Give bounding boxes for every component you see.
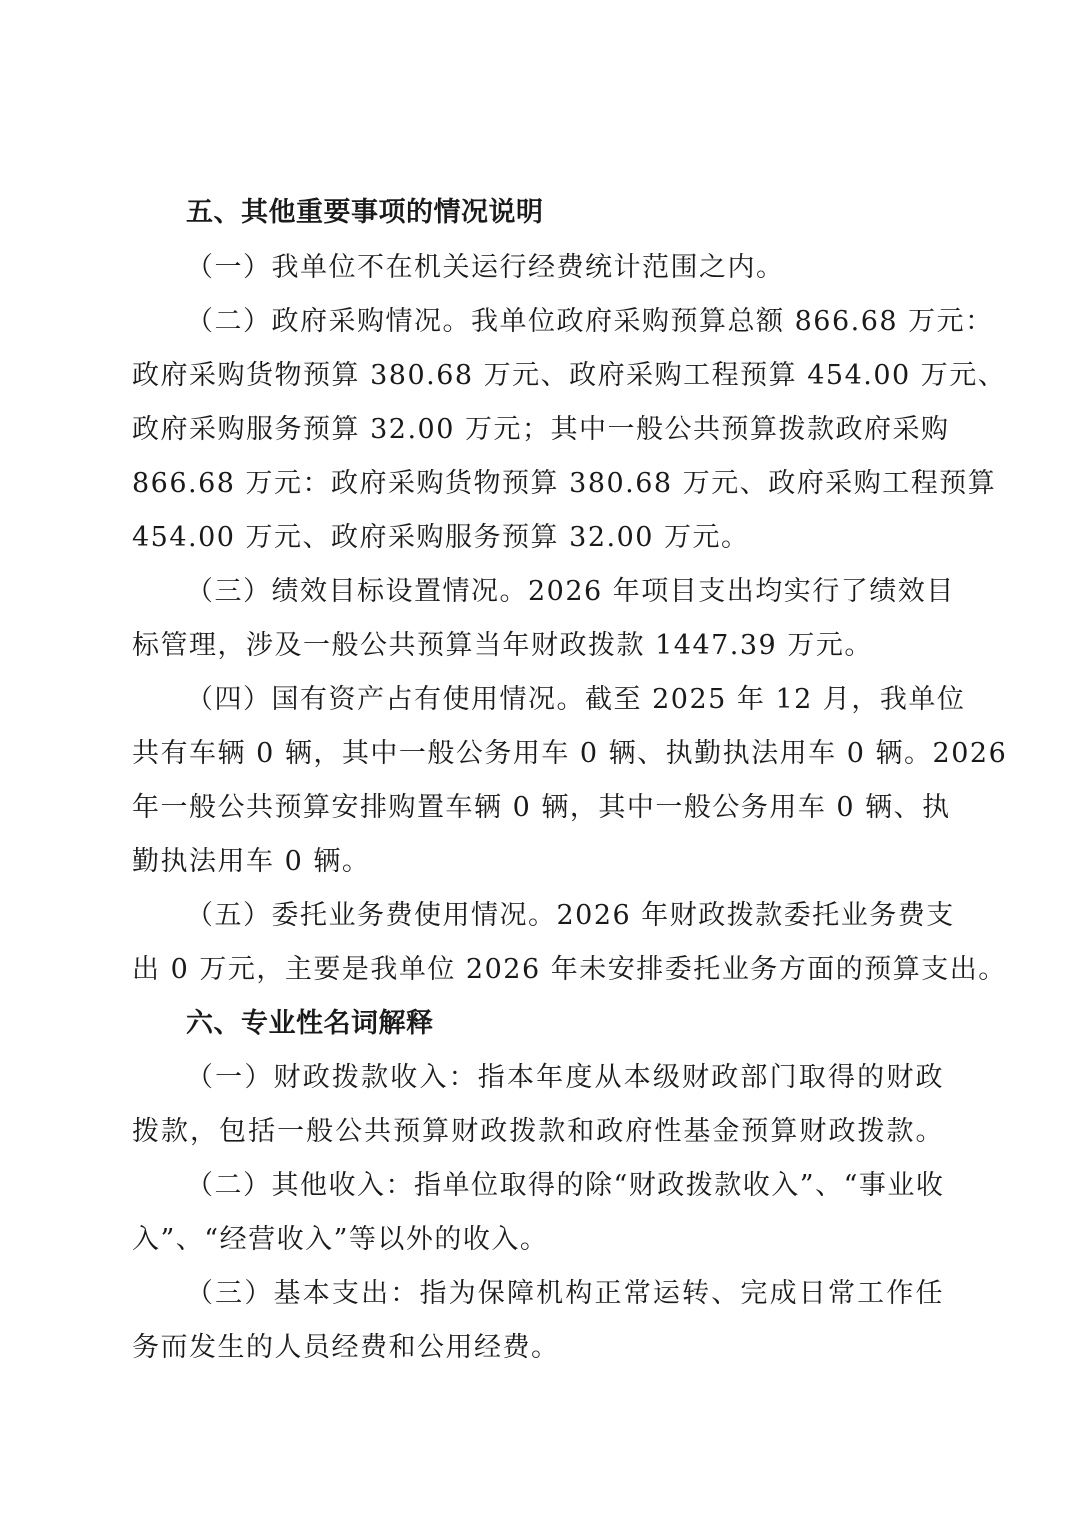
paragraph-line: 务而发生的人员经费和公用经费。 bbox=[132, 1330, 944, 1366]
paragraph-line: （三）绩效目标设置情况。2026 年项目支出均实行了绩效目 bbox=[186, 574, 944, 610]
paragraph-line: 454.00 万元、政府采购服务预算 32.00 万元。 bbox=[132, 520, 944, 556]
paragraph-line: （一）财政拨款收入：指本年度从本级财政部门取得的财政 bbox=[186, 1060, 944, 1096]
paragraph-line: 年一般公共预算安排购置车辆 0 辆，其中一般公务用车 0 辆、执 bbox=[132, 790, 944, 826]
paragraph-line: 共有车辆 0 辆，其中一般公务用车 0 辆、执勤执法用车 0 辆。2026 bbox=[132, 736, 944, 772]
paragraph-line: 勤执法用车 0 辆。 bbox=[132, 844, 944, 880]
paragraph-line: （一）我单位不在机关运行经费统计范围之内。 bbox=[186, 250, 944, 286]
paragraph-line: 866.68 万元：政府采购货物预算 380.68 万元、政府采购工程预算 bbox=[132, 466, 944, 502]
paragraph-line: 政府采购货物预算 380.68 万元、政府采购工程预算 454.00 万元、 bbox=[132, 358, 944, 394]
paragraph-line: （四）国有资产占有使用情况。截至 2025 年 12 月，我单位 bbox=[186, 682, 944, 718]
paragraph-line: 出 0 万元，主要是我单位 2026 年未安排委托业务方面的预算支出。 bbox=[132, 952, 944, 988]
document-page: 五、其他重要事项的情况说明 （一）我单位不在机关运行经费统计范围之内。 （二）政… bbox=[0, 0, 1074, 1520]
paragraph-line: （五）委托业务费使用情况。2026 年财政拨款委托业务费支 bbox=[186, 898, 944, 934]
paragraph-line: 政府采购服务预算 32.00 万元；其中一般公共预算拨款政府采购 bbox=[132, 412, 944, 448]
paragraph-line: 标管理，涉及一般公共预算当年财政拨款 1447.39 万元。 bbox=[132, 628, 944, 664]
paragraph-line: （二）其他收入：指单位取得的除“财政拨款收入”、“事业收 bbox=[186, 1168, 944, 1204]
paragraph-line: （三）基本支出：指为保障机构正常运转、完成日常工作任 bbox=[186, 1276, 944, 1312]
paragraph-line: 拨款，包括一般公共预算财政拨款和政府性基金预算财政拨款。 bbox=[132, 1114, 944, 1150]
paragraph-line: （二）政府采购情况。我单位政府采购预算总额 866.68 万元： bbox=[186, 304, 944, 340]
paragraph-line: 入”、“经营收入”等以外的收入。 bbox=[132, 1222, 944, 1258]
section-heading-other-matters: 五、其他重要事项的情况说明 bbox=[186, 195, 998, 231]
section-heading-terminology: 六、专业性名词解释 bbox=[186, 1006, 998, 1042]
